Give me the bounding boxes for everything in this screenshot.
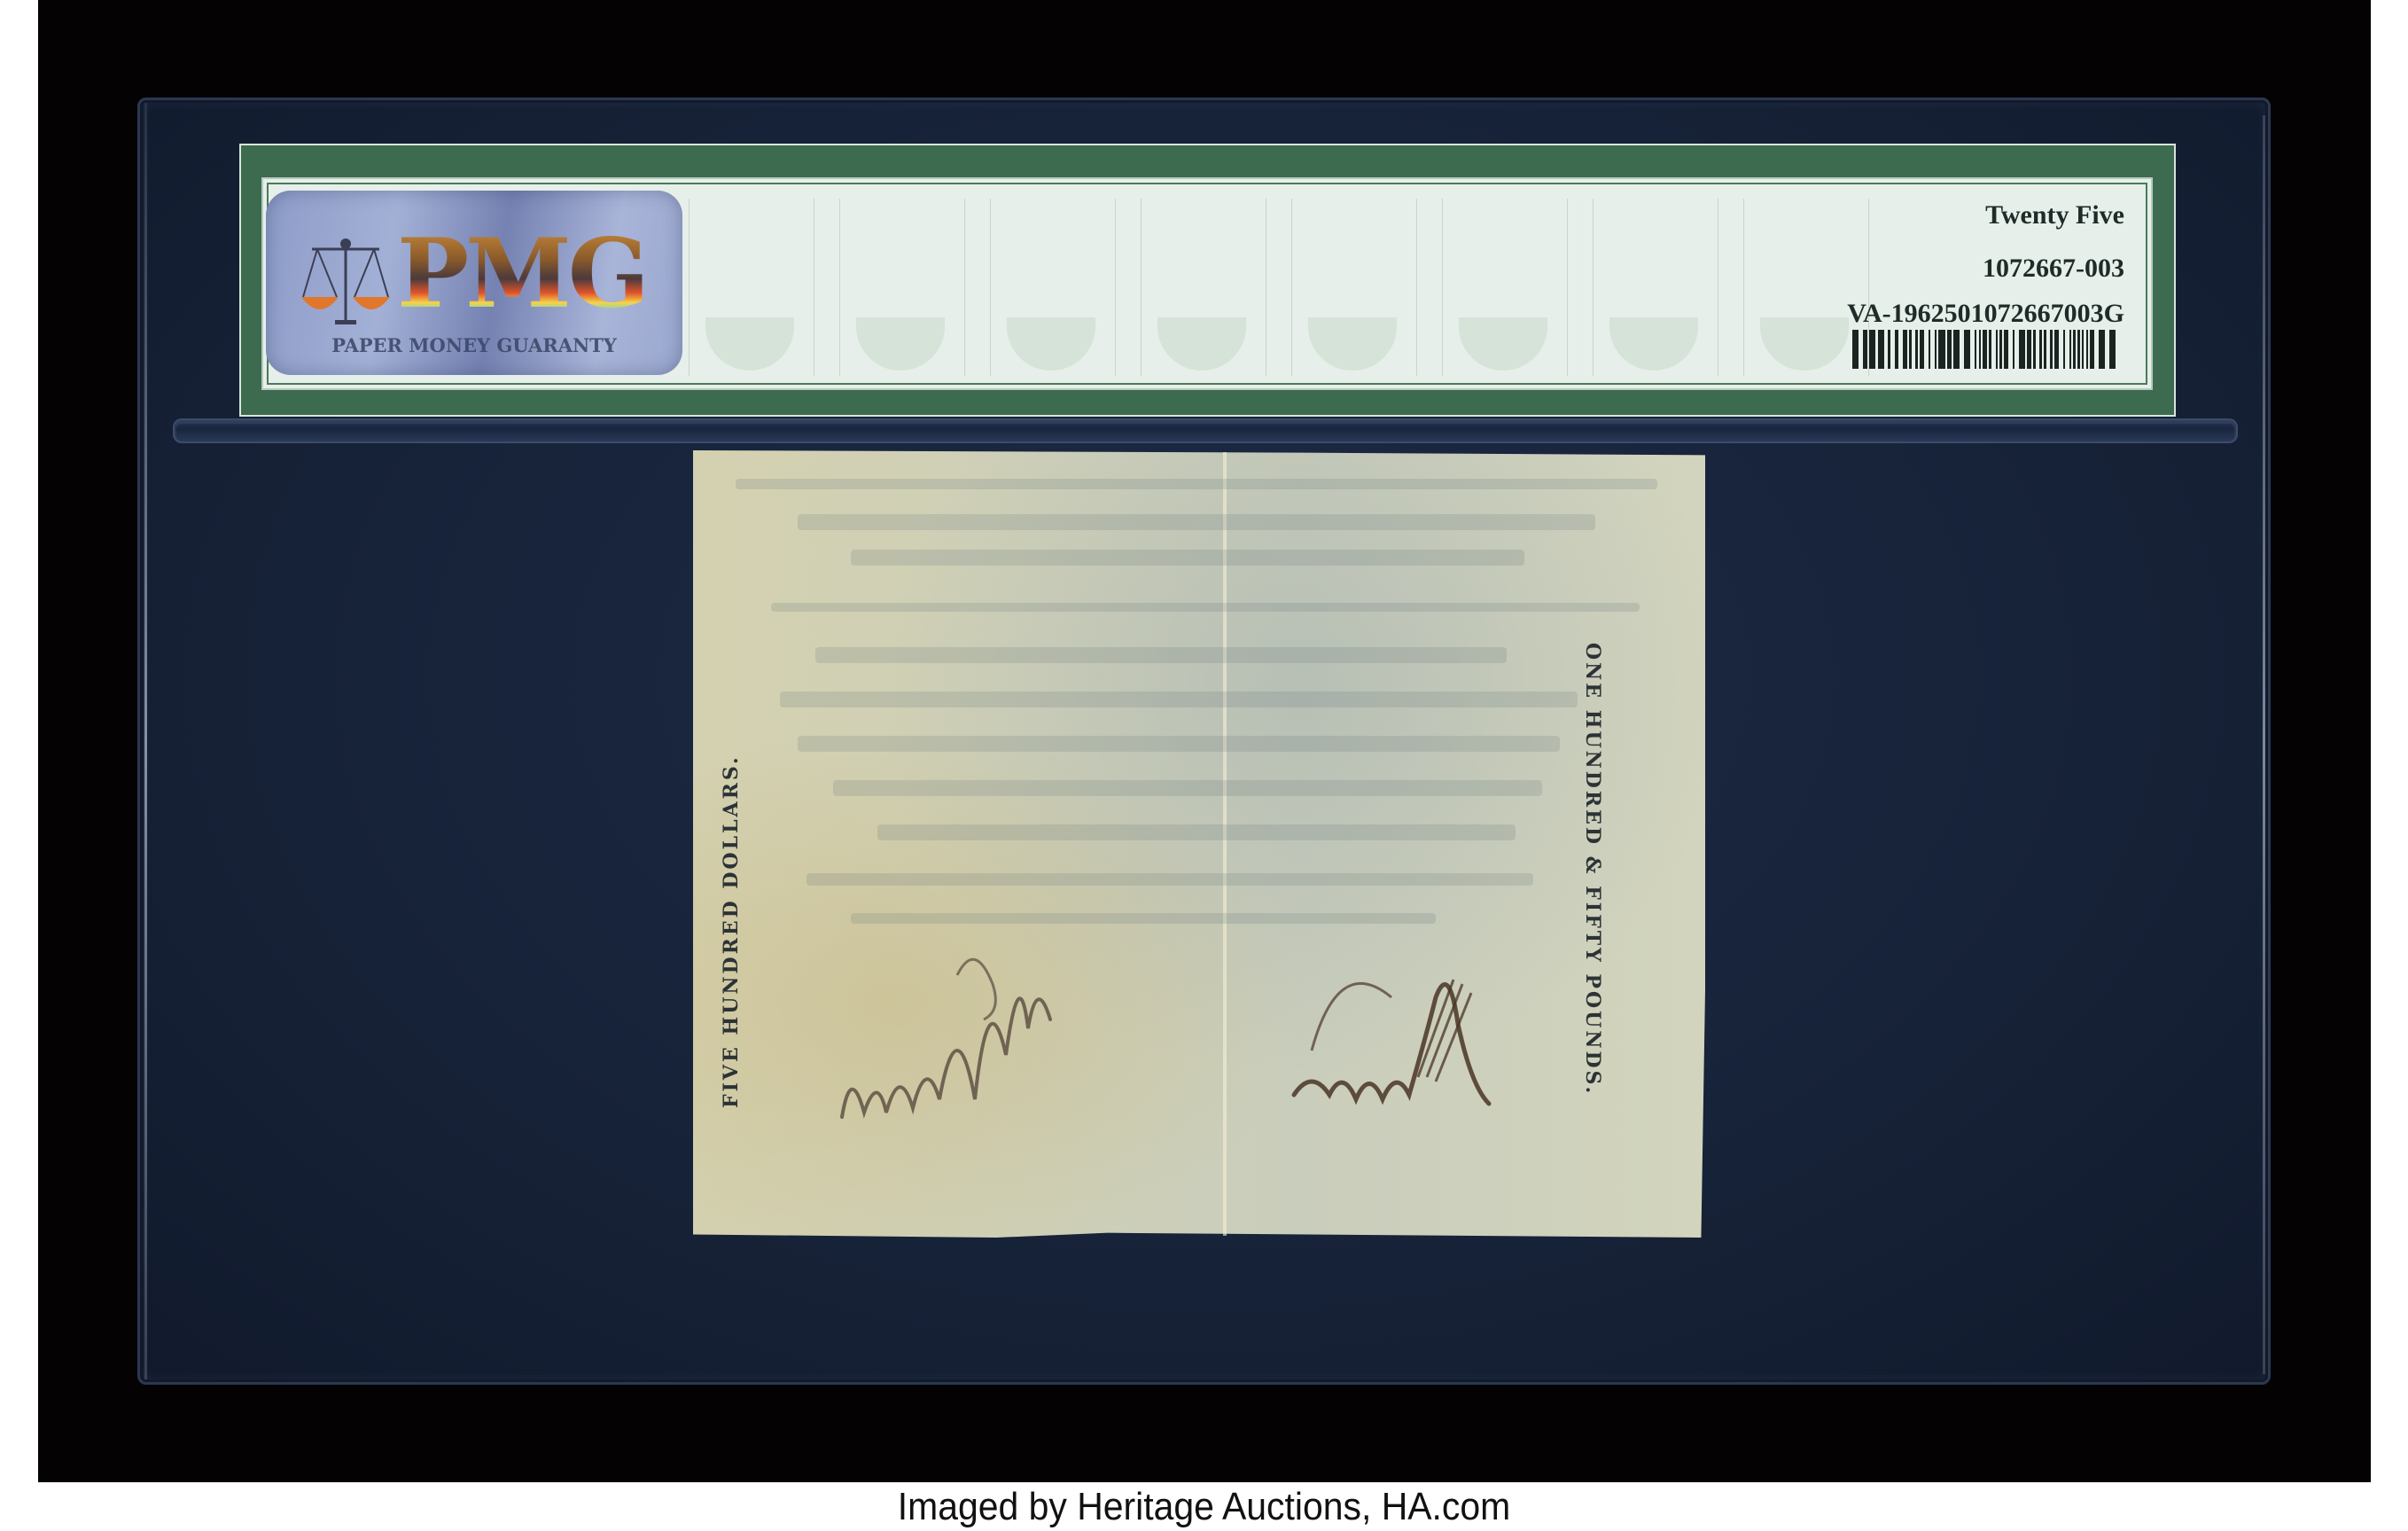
- bleed-through-text: [798, 736, 1560, 752]
- barcode-bar: [2019, 330, 2025, 369]
- barcode-bar: [1964, 330, 1970, 369]
- bleed-through-text: [780, 691, 1578, 707]
- catalog-number: VA-1962501072667003G: [1847, 299, 2124, 329]
- pmg-tagline: PAPER MONEY GUARANTY: [292, 334, 656, 356]
- bleed-through-text: [771, 603, 1640, 612]
- bleed-through-text: [877, 824, 1516, 840]
- barcode-bar: [1878, 330, 1884, 369]
- barcode-bar: [2109, 330, 2116, 369]
- bleed-through-text: [833, 780, 1542, 796]
- bleed-through-text: [736, 479, 1657, 489]
- scales-watermark: [990, 199, 1116, 376]
- holder-divider-rail: [173, 418, 2238, 443]
- barcode: [1852, 330, 2120, 369]
- scales-watermark: [1442, 199, 1568, 376]
- denomination-pounds: ONE HUNDRED & FIFTY POUNDS.: [1581, 643, 1604, 1096]
- barcode-bar: [1953, 330, 1960, 369]
- scales-watermark: [839, 199, 965, 376]
- barcode-bar: [1938, 330, 1944, 369]
- signature-right: [1259, 944, 1560, 1139]
- bleed-through-text: [798, 514, 1595, 530]
- bleed-through-text: [815, 647, 1507, 663]
- denomination-dollars: FIVE HUNDRED DOLLARS.: [720, 754, 743, 1108]
- barcode-bar: [1852, 330, 1859, 369]
- pmg-logo-text: PMG: [397, 226, 646, 322]
- signature-left: [824, 922, 1108, 1135]
- scales-watermark: [1141, 199, 1266, 376]
- scales-watermark: [1593, 199, 1718, 376]
- scales-of-justice-icon: [301, 233, 390, 331]
- pmg-hologram: PMG PAPER MONEY GUARANTY: [266, 191, 682, 375]
- barcode-bar: [1869, 330, 1875, 369]
- barcode-bar: [2116, 330, 2120, 369]
- cert-number: 1072667-003: [1983, 254, 2124, 284]
- scales-watermark: [1291, 199, 1417, 376]
- barcode-bar: [2099, 330, 2105, 369]
- scales-watermark: [689, 199, 814, 376]
- image-credit-caption: Imaged by Heritage Auctions, HA.com: [84, 1482, 2324, 1531]
- bleed-through-text: [851, 550, 1524, 566]
- scales-watermark: [1743, 199, 1869, 376]
- bleed-through-text: [807, 873, 1533, 886]
- grade-text: Twenty Five: [1985, 200, 2124, 230]
- note-fold-line: [1223, 452, 1227, 1236]
